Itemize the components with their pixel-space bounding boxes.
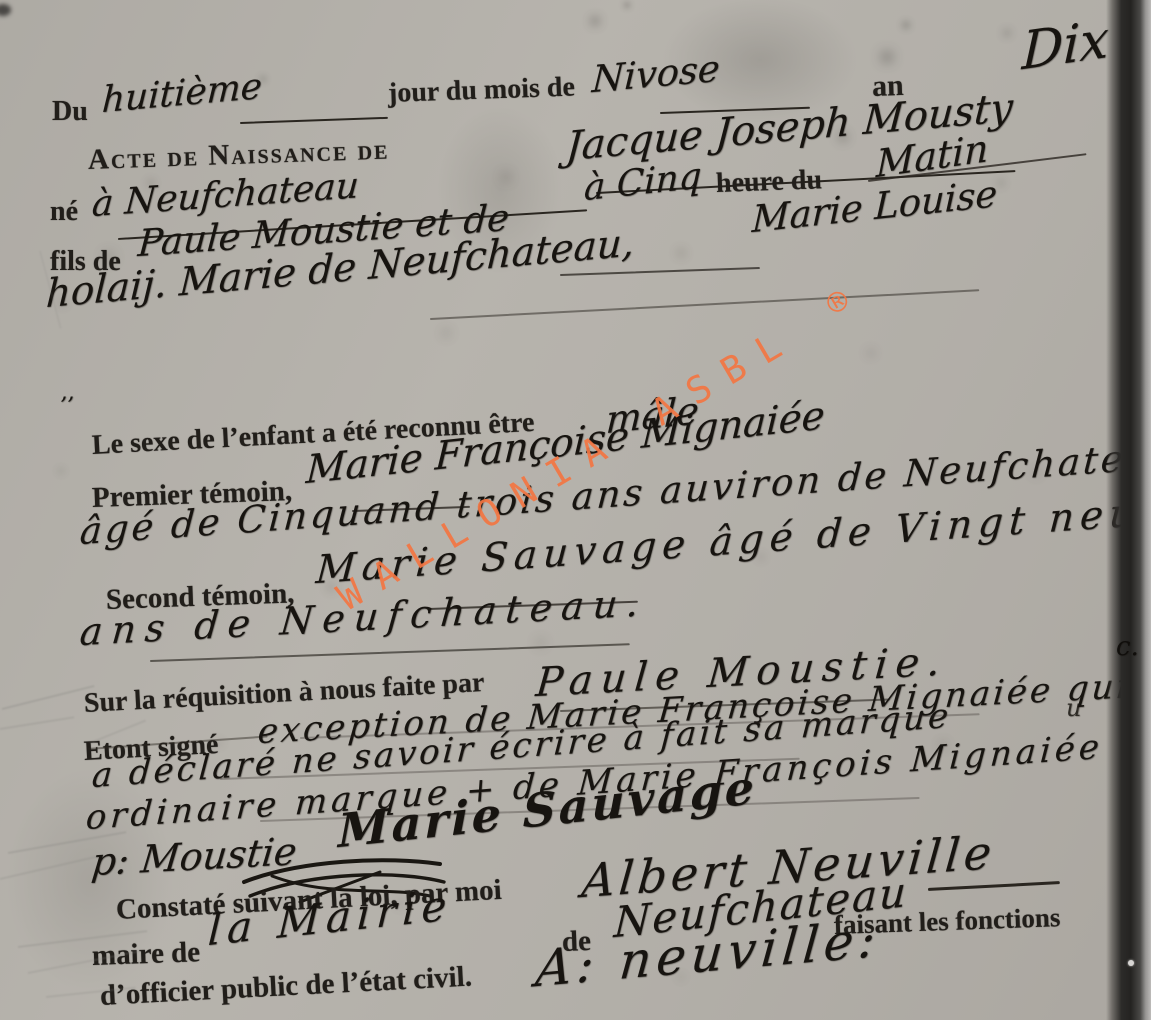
printed-ne: né (50, 196, 78, 228)
printed-jour-du-mois: jour du mois de (387, 71, 575, 110)
fill-in-rule (240, 117, 388, 124)
edge-white-speck (1128, 960, 1134, 966)
handwritten-year: Dix (1021, 9, 1110, 82)
book-edge-band (1106, 0, 1151, 1020)
handwritten-day: huitième (101, 66, 263, 121)
printed-maire-de: maire de (91, 936, 200, 973)
corner-smudge (0, 4, 11, 16)
pencil-scribble (2, 685, 95, 710)
handwritten-month: Nivose (591, 47, 721, 102)
pencil-scribble (0, 856, 98, 880)
birth-record-scan: Du huitième jour du mois de Nivose an Di… (0, 0, 1151, 1020)
fill-in-rule (430, 289, 979, 320)
edge-mark: c. (1116, 632, 1139, 662)
printed-du: Du (52, 96, 88, 128)
paper-specks (0, 0, 2, 2)
margin-mark: ’’ (60, 394, 74, 419)
pencil-scribble (0, 716, 74, 730)
edge-squiggle: u (1066, 694, 1081, 722)
registered-trademark-icon: ® (819, 280, 856, 324)
signature-dash (928, 881, 1060, 891)
